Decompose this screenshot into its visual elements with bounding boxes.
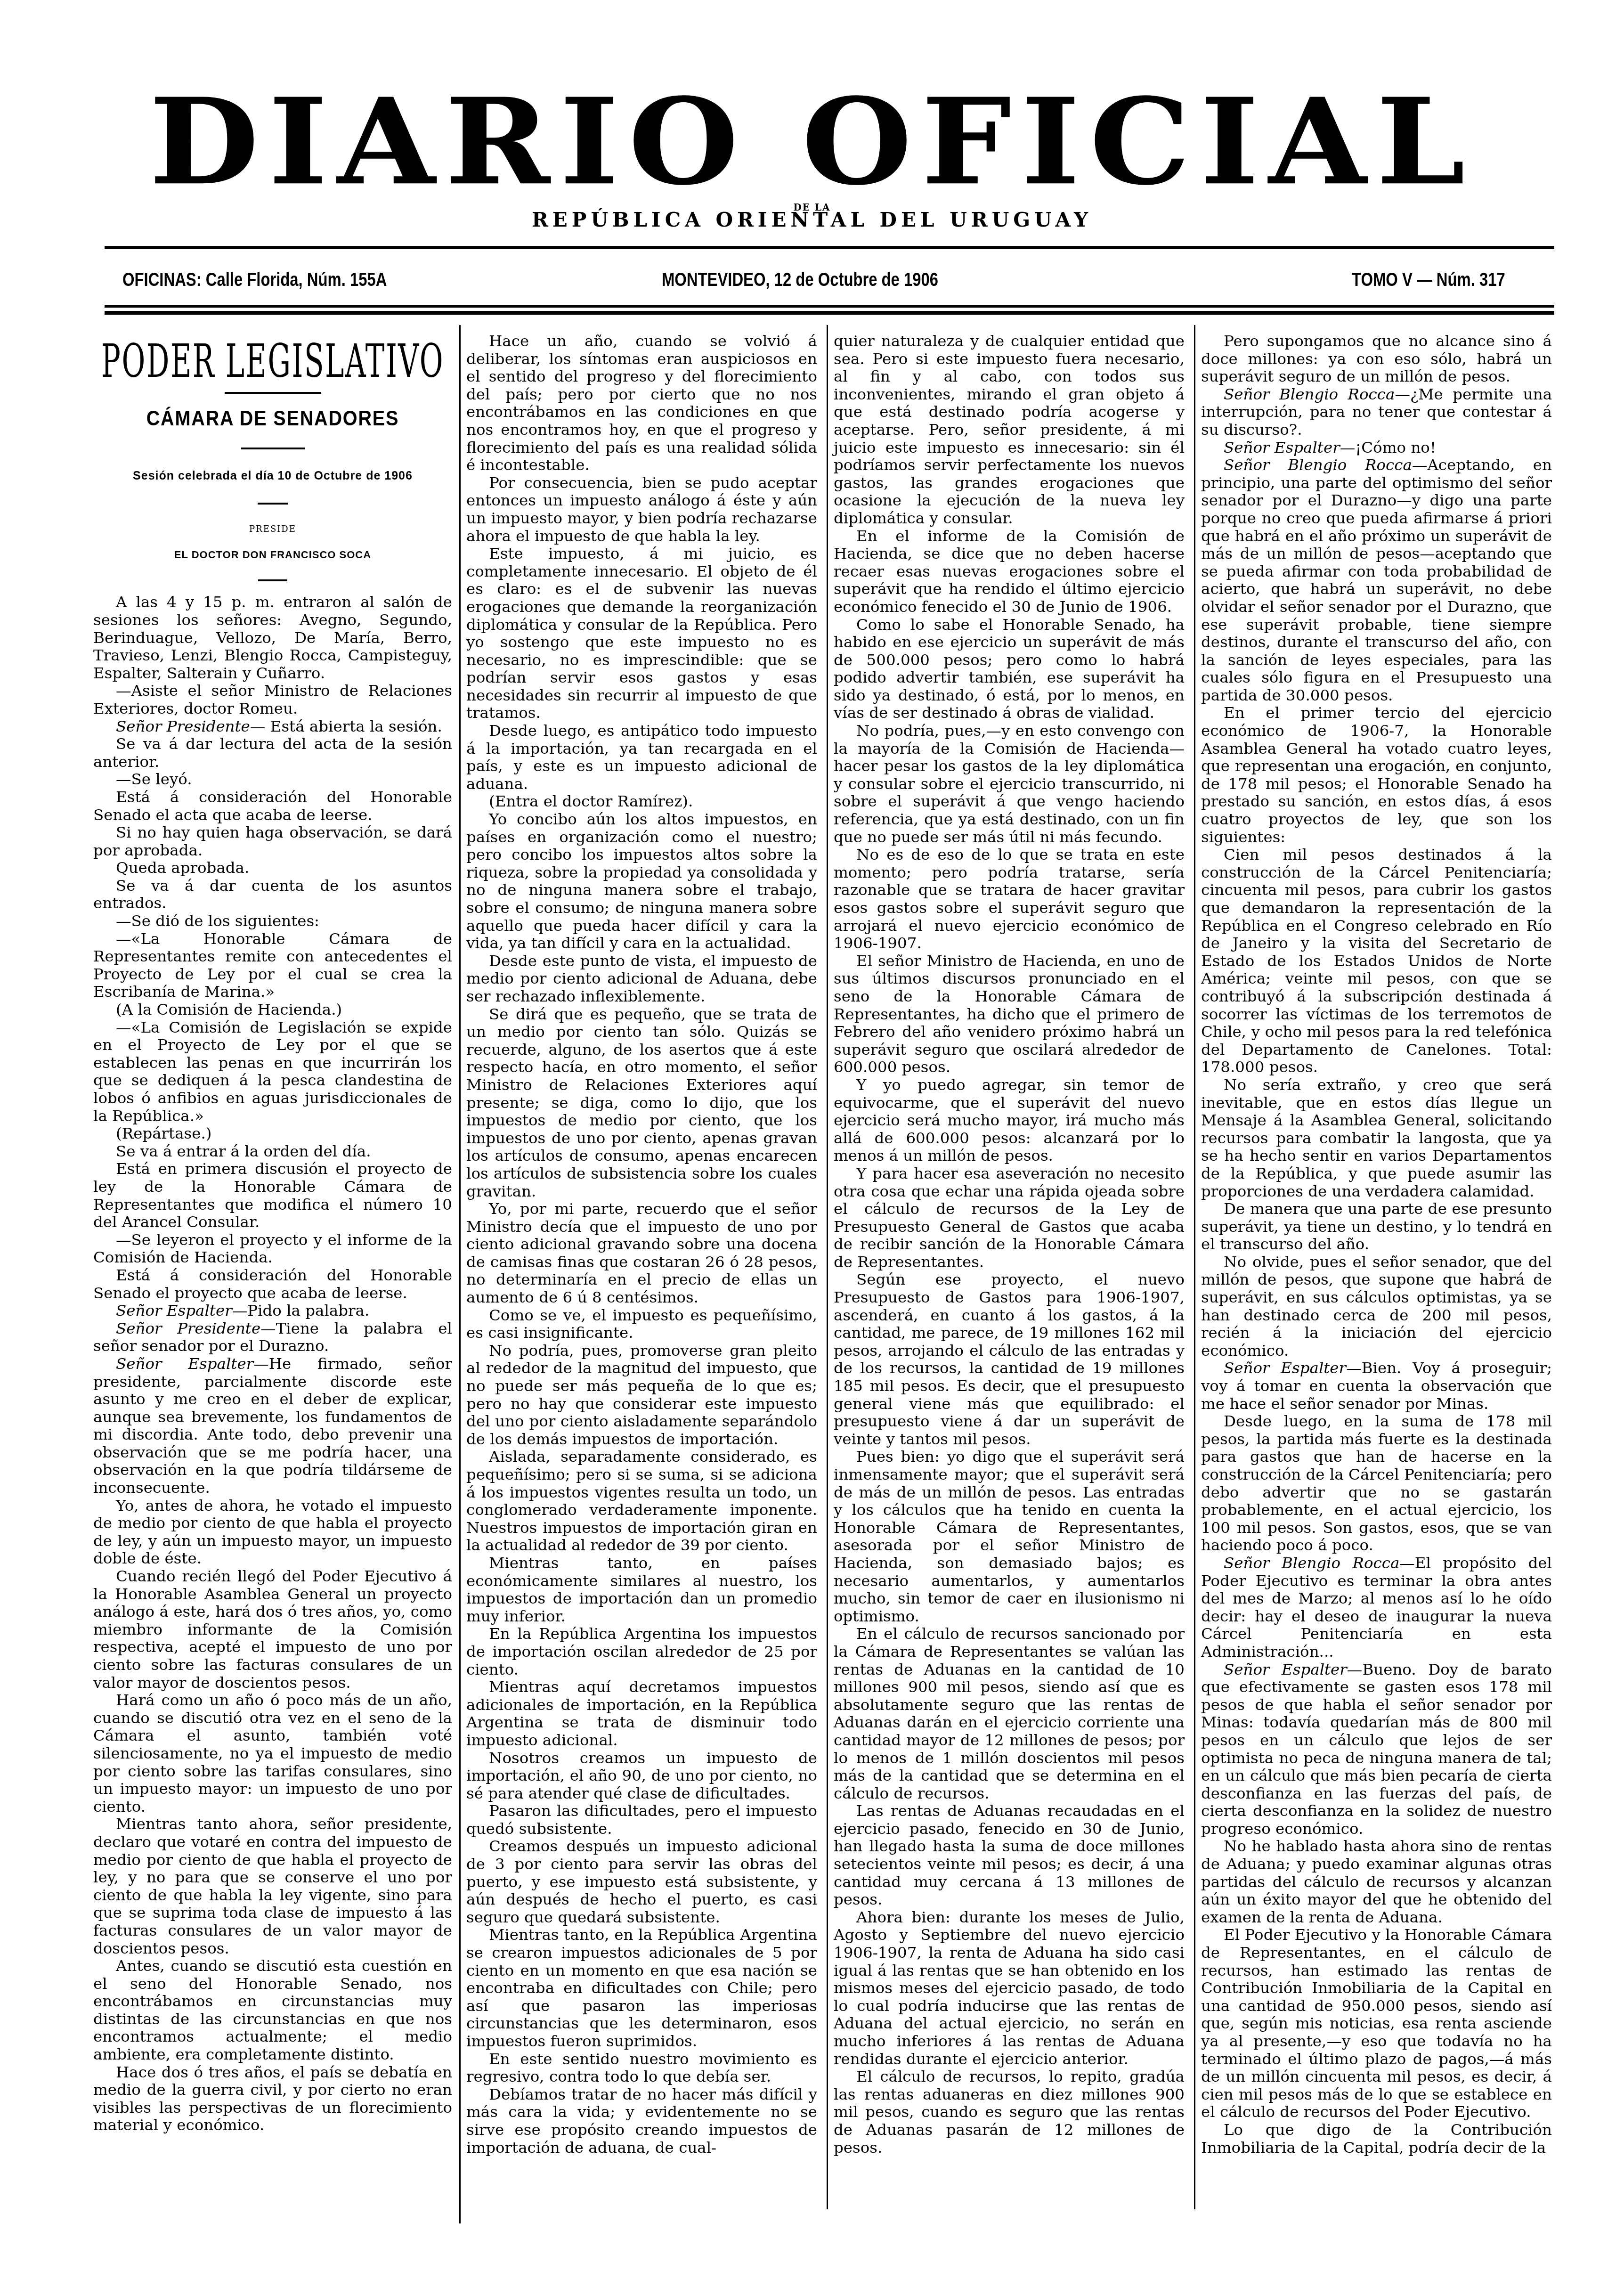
article-column-4: Pero supongamos que no alcance sino á do… [1201, 330, 1552, 2157]
speaker-name: Señor Blengio Rocca— [1224, 1554, 1415, 1572]
speaker-name: Señor Espalter— [1224, 439, 1355, 456]
paragraph: —Se leyó. [93, 771, 452, 789]
paragraph-text: Las rentas de Aduanas recaudadas en el e… [834, 1802, 1185, 1908]
paragraph: Pasaron las dificultades, pero el impues… [466, 1802, 817, 1838]
paragraph: Mientras tanto, en países económicamente… [466, 1555, 817, 1625]
paragraph: Desde luego, es antipático todo impuesto… [466, 722, 817, 793]
paragraph-text: No podría, pues, promoverse gran pleito … [466, 1342, 817, 1448]
paragraph: Señor Blengio Rocca—¿Me permite una inte… [1201, 386, 1552, 439]
paragraph: —Se leyeron el proyecto y el informe de … [93, 1231, 452, 1267]
paragraph: No es de eso de lo que se trata en este … [834, 846, 1185, 953]
masthead-double-rule-lower [105, 311, 1554, 315]
paragraph: Señor Blengio Rocca—Aceptando, en princi… [1201, 456, 1552, 704]
chamber-heading: CÁMARA DE SENADORES [111, 410, 434, 428]
paragraph: Está en primera discusión el proyecto de… [93, 1160, 452, 1231]
paragraph-text: Aislada, separadamente considerado, es p… [466, 1448, 817, 1554]
speaker-name: Señor Blengio Rocca— [1224, 385, 1410, 403]
paragraph: Ahora bien: durante los meses de Julio, … [834, 1909, 1185, 2068]
paragraph-text: Lo que digo de la Contribución Inmobilia… [1201, 2121, 1552, 2157]
paragraph-text: (Repártase.) [116, 1124, 211, 1142]
paragraph-text: Está en primera discusión el proyecto de… [93, 1160, 452, 1231]
newspaper-title: DIARIO OFICIAL [0, 82, 1624, 201]
paragraph: (A la Comisión de Hacienda.) [93, 1001, 452, 1019]
paragraph-text: Pido la palabra. [247, 1302, 369, 1319]
paragraph: Y para hacer esa aseveración no necesito… [834, 1165, 1185, 1271]
paragraph-text: Pues bien: yo digo que el superávit será… [834, 1448, 1185, 1625]
paragraph-text: —Asiste el señor Ministro de Relaciones … [93, 682, 452, 717]
paragraph-text: Queda aprobada. [116, 859, 249, 877]
paragraph-text: Cuando recién llegó del Poder Ejecutivo … [93, 1567, 452, 1692]
preside-label: PRESIDE [93, 521, 452, 538]
section-header: PODER LEGISLATIVO CÁMARA DE SENADORES Se… [93, 335, 452, 581]
paragraph-text: En este sentido nuestro movimiento es re… [466, 2050, 817, 2086]
article-column-2: Hace un año, cuando se volvió á delibera… [466, 330, 817, 2157]
paragraph: Desde este punto de vista, el impuesto d… [466, 953, 817, 1006]
divider [225, 392, 321, 394]
paragraph: No olvide, pues el señor senador, que de… [1201, 1254, 1552, 1360]
paragraph-text: Este impuesto, á mi juicio, es completam… [466, 545, 817, 722]
paragraph: Señor Espalter—Pido la palabra. [93, 1302, 452, 1320]
paragraph-list: Pero supongamos que no alcance sino á do… [1201, 333, 1552, 2157]
paragraph-text: Mientras tanto ahora, señor presidente, … [93, 1815, 452, 1957]
paragraph-text: En el primer tercio del ejercicio económ… [1201, 704, 1552, 846]
paragraph: En este sentido nuestro movimiento es re… [466, 2051, 817, 2086]
paragraph-text: En el informe de la Comisión de Hacienda… [834, 527, 1185, 616]
paragraph-text: No podría, pues,—y en esto convengo con … [834, 722, 1185, 846]
paragraph: El Poder Ejecutivo y la Honorable Cámara… [1201, 1926, 1552, 2121]
paragraph-text: Se va á entrar á la orden del día. [116, 1142, 371, 1160]
paragraph-text: Y yo puedo agregar, sin temor de equivoc… [834, 1076, 1185, 1164]
paragraph: Yo concibo aún los altos impuestos, en p… [466, 811, 817, 953]
paragraph-list: Hace un año, cuando se volvió á delibera… [466, 333, 817, 2157]
paragraph: —«La Honorable Cámara de Representantes … [93, 930, 452, 1001]
paragraph: Hará como un año ó poco más de un año, c… [93, 1692, 452, 1816]
paragraph: Hace dos ó tres años, el país se debatía… [93, 2064, 452, 2134]
paragraph: Si no hay quien haga observación, se dar… [93, 824, 452, 859]
paragraph-text: En el cálculo de recursos sancionado por… [834, 1625, 1185, 1802]
paragraph: Nosotros creamos un impuesto de importac… [466, 1750, 817, 1803]
paragraph-text: Antes, cuando se discutió esta cuestión … [93, 1957, 452, 2063]
divider [258, 579, 287, 581]
paragraph: Como lo sabe el Honorable Senado, ha hab… [834, 616, 1185, 723]
info-bar: OFICINAS: Calle Florida, Núm. 155A MONTE… [113, 269, 1545, 292]
paragraph: Yo, por mi parte, recuerdo que el señor … [466, 1200, 817, 1307]
paragraph-text: Desde luego, en la suma de 178 mil pesos… [1201, 1412, 1552, 1554]
paragraph: Creamos después un impuesto adicional de… [466, 1838, 817, 1926]
issue-number: TOMO V — Núm. 317 [1352, 269, 1505, 291]
paragraph: Yo, antes de ahora, he votado el impuest… [93, 1497, 452, 1568]
speaker-name: Señor Presidente— [116, 717, 265, 735]
paragraph: El señor Ministro de Hacienda, en uno de… [834, 953, 1185, 1076]
paragraph: Pero supongamos que no alcance sino á do… [1201, 333, 1552, 386]
paragraph: Por consecuencia, bien se pudo aceptar e… [466, 474, 817, 545]
article-column-3: quier naturaleza y de cualquier entidad … [834, 330, 1185, 2157]
paragraph-text: Como se ve, el impuesto es pequeñísimo, … [466, 1306, 817, 1342]
paragraph: Desde luego, en la suma de 178 mil pesos… [1201, 1413, 1552, 1555]
divider [241, 448, 305, 449]
offices-address: OFICINAS: Calle Florida, Núm. 155A [122, 269, 387, 291]
paragraph-text: Nosotros creamos un impuesto de importac… [466, 1749, 817, 1802]
paragraph: Como se ve, el impuesto es pequeñísimo, … [466, 1307, 817, 1342]
paragraph: Hace un año, cuando se volvió á delibera… [466, 333, 817, 474]
paragraph: En el cálculo de recursos sancionado por… [834, 1625, 1185, 1802]
paragraph: Señor Espalter—¡Cómo no! [1201, 439, 1552, 457]
column-separator [1194, 325, 1195, 2209]
speaker-name: Señor Blengio Rocca— [1224, 456, 1427, 474]
paragraph-text: No he hablado hasta ahora sino de rentas… [1201, 1837, 1552, 1926]
paragraph-text: Se va á dar lectura del acta de la sesió… [93, 735, 452, 771]
paragraph-text: Mientras aquí decretamos impuestos adici… [466, 1678, 817, 1749]
paragraph-text: No es de eso de lo que se trata en este … [834, 846, 1185, 952]
paragraph: Las rentas de Aduanas recaudadas en el e… [834, 1802, 1185, 1909]
paragraph: —«La Comisión de Legislación se expide e… [93, 1019, 452, 1125]
paragraph: Mientras aquí decretamos impuestos adici… [466, 1678, 817, 1749]
paragraph: Señor Presidente—Tiene la palabra el señ… [93, 1320, 452, 1355]
paragraph: Señor Espalter—He firmado, señor preside… [93, 1355, 452, 1497]
paragraph-text: Pasaron las dificultades, pero el impues… [466, 1802, 817, 1838]
paragraph: Pues bien: yo digo que el superávit será… [834, 1448, 1185, 1625]
paragraph-text: No sería extraño, y creo que será inevit… [1201, 1076, 1552, 1200]
president-name: EL DOCTOR DON FRANCISCO SOCA [93, 546, 452, 564]
paragraph-text: Se dirá que es pequeño, que se trata de … [466, 1005, 817, 1200]
paragraph: Señor Espalter—Bien. Voy á proseguir; vo… [1201, 1360, 1552, 1413]
paragraph-text: Ahora bien: durante los meses de Julio, … [834, 1908, 1185, 2068]
speaker-name: Señor Presidente— [116, 1319, 276, 1337]
paragraph: (Entra el doctor Ramírez). [466, 793, 817, 811]
paragraph-text: Hará como un año ó poco más de un año, c… [93, 1691, 452, 1816]
paragraph-list: A las 4 y 15 p. m. entraron al salón de … [93, 594, 452, 2134]
paragraph-text: —«La Comisión de Legislación se expide e… [93, 1018, 452, 1125]
paragraph: Se va á entrar á la orden del día. [93, 1143, 452, 1161]
speaker-name: Señor Espalter— [116, 1355, 269, 1373]
paragraph-text: Mientras tanto, en la República Argentin… [466, 1926, 817, 2050]
paragraph-text: A las 4 y 15 p. m. entraron al salón de … [93, 593, 452, 682]
paragraph-text: Pero supongamos que no alcance sino á do… [1201, 332, 1552, 385]
paragraph-text: Hace un año, cuando se volvió á delibera… [466, 332, 817, 474]
paragraph-text: —Se leyó. [116, 770, 192, 788]
paragraph-text: Por consecuencia, bien se pudo aceptar e… [466, 474, 817, 545]
paragraph: Queda aprobada. [93, 859, 452, 877]
column-separator [827, 325, 828, 2209]
paragraph-text: Mientras tanto, en países económicamente… [466, 1554, 817, 1625]
paragraph-text: Está á consideración del Honorable Senad… [93, 788, 452, 824]
paragraph-list: quier naturaleza y de cualquier entidad … [834, 333, 1185, 2157]
paragraph: Está á consideración del Honorable Senad… [93, 789, 452, 824]
column-separator [459, 325, 461, 2223]
section-heading: PODER LEGISLATIVO [94, 335, 451, 387]
paragraph: En el primer tercio del ejercicio económ… [1201, 704, 1552, 846]
paragraph-text: Está á consideración del Honorable Senad… [93, 1266, 452, 1302]
paragraph-text: En la República Argentina los impuestos … [466, 1625, 817, 1678]
paragraph: No podría, pues,—y en esto convengo con … [834, 722, 1185, 846]
paragraph: Mientras tanto ahora, señor presidente, … [93, 1816, 452, 1957]
paragraph-text: Debíamos tratar de no hacer más difícil … [466, 2085, 817, 2157]
paragraph: Está á consideración del Honorable Senad… [93, 1267, 452, 1302]
paragraph-text: Como lo sabe el Honorable Senado, ha hab… [834, 616, 1185, 722]
paragraph: —Asiste el señor Ministro de Relaciones … [93, 682, 452, 717]
paragraph-text: (A la Comisión de Hacienda.) [116, 1001, 342, 1018]
paragraph: No sería extraño, y creo que será inevit… [1201, 1076, 1552, 1200]
paragraph: Se va á dar cuenta de los asuntos entrad… [93, 877, 452, 912]
paragraph-text: De manera que una parte de ese presunto … [1201, 1200, 1552, 1253]
paragraph-text: El señor Ministro de Hacienda, en uno de… [834, 952, 1185, 1076]
paragraph-text: ¡Cómo no! [1355, 439, 1436, 456]
paragraph: Antes, cuando se discutió esta cuestión … [93, 1957, 452, 2064]
paragraph: Lo que digo de la Contribución Inmobilia… [1201, 2121, 1552, 2157]
paragraph: De manera que una parte de ese presunto … [1201, 1200, 1552, 1254]
paragraph-text: Hace dos ó tres años, el país se debatía… [93, 2063, 452, 2134]
paragraph-text: Yo concibo aún los altos impuestos, en p… [466, 810, 817, 952]
session-line: Sesión celebrada el día 10 de Octubre de… [93, 467, 452, 485]
paragraph: Se va á dar lectura del acta de la sesió… [93, 735, 452, 771]
paragraph-text: Según ese proyecto, el nuevo Presupuesto… [834, 1270, 1185, 1448]
paragraph-text: quier naturaleza y de cualquier entidad … [834, 332, 1185, 527]
masthead-double-rule-upper [105, 305, 1554, 308]
paragraph-text: Yo, antes de ahora, he votado el impuest… [93, 1497, 452, 1568]
masthead-subtitle: REPÚBLICA ORIENTAL DEL URUGUAY [0, 208, 1624, 231]
paragraph-text: Desde luego, es antipático todo impuesto… [466, 722, 817, 793]
paragraph-text: Yo, por mi parte, recuerdo que el señor … [466, 1200, 817, 1306]
paragraph-text: Bueno. Doy de barato que efectivamente s… [1201, 1661, 1552, 1838]
speaker-name: Señor Espalter— [1224, 1661, 1362, 1678]
paragraph-text: Creamos después un impuesto adicional de… [466, 1837, 817, 1926]
paragraph: Cuando recién llegó del Poder Ejecutivo … [93, 1568, 452, 1692]
paragraph: Este impuesto, á mi juicio, es completam… [466, 545, 817, 722]
paragraph: No podría, pues, promoverse gran pleito … [466, 1342, 817, 1449]
paragraph-text: El cálculo de recursos, lo repito, gradú… [834, 2068, 1185, 2156]
paragraph: A las 4 y 15 p. m. entraron al salón de … [93, 594, 452, 682]
speaker-name: Señor Espalter— [116, 1302, 247, 1319]
paragraph: Señor Blengio Rocca—El propósito del Pod… [1201, 1555, 1552, 1661]
paragraph: Cien mil pesos destinados á la construcc… [1201, 846, 1552, 1076]
paragraph-text: —Se leyeron el proyecto y el informe de … [93, 1231, 452, 1267]
paragraph-text: —Se dió de los siguientes: [116, 912, 319, 930]
paragraph: (Repártase.) [93, 1125, 452, 1143]
paragraph-text: Y para hacer esa aseveración no necesito… [834, 1164, 1185, 1271]
paragraph: En el informe de la Comisión de Hacienda… [834, 528, 1185, 616]
paragraph-text: (Entra el doctor Ramírez). [489, 792, 693, 810]
paragraph: En la República Argentina los impuestos … [466, 1625, 817, 1678]
paragraph-text: —«La Honorable Cámara de Representantes … [93, 930, 452, 1001]
paragraph: El cálculo de recursos, lo repito, gradú… [834, 2068, 1185, 2157]
article-column-1: PODER LEGISLATIVO CÁMARA DE SENADORES Se… [93, 330, 452, 2134]
paragraph-text: Si no hay quien haga observación, se dar… [93, 823, 452, 859]
paragraph-text: Desde este punto de vista, el impuesto d… [466, 952, 817, 1005]
masthead-top-rule [105, 246, 1554, 249]
paragraph-text: No olvide, pues el señor senador, que de… [1201, 1253, 1552, 1360]
paragraph-text: Se va á dar cuenta de los asuntos entrad… [93, 877, 452, 912]
paragraph: Mientras tanto, en la República Argentin… [466, 1926, 817, 2050]
paragraph-text: Aceptando, en principio, una parte del o… [1201, 456, 1552, 704]
divider [258, 503, 288, 505]
paragraph: Señor Espalter—Bueno. Doy de barato que … [1201, 1661, 1552, 1838]
paragraph: No he hablado hasta ahora sino de rentas… [1201, 1838, 1552, 1926]
dateline: MONTEVIDEO, 12 de Octubre de 1906 [662, 269, 938, 291]
speaker-name: Señor Espalter— [1224, 1359, 1362, 1377]
paragraph: Y yo puedo agregar, sin temor de equivoc… [834, 1076, 1185, 1165]
paragraph-text: He firmado, señor presidente, parcialmen… [93, 1355, 452, 1497]
paragraph: Según ese proyecto, el nuevo Presupuesto… [834, 1271, 1185, 1448]
paragraph-text: Cien mil pesos destinados á la construcc… [1201, 846, 1552, 1076]
paragraph: —Se dió de los siguientes: [93, 912, 452, 930]
paragraph: Se dirá que es pequeño, que se trata de … [466, 1006, 817, 1201]
paragraph-text: El Poder Ejecutivo y la Honorable Cámara… [1201, 1926, 1552, 2121]
paragraph: Debíamos tratar de no hacer más difícil … [466, 2086, 817, 2157]
paragraph: Señor Presidente— Está abierta la sesión… [93, 718, 452, 736]
paragraph: quier naturaleza y de cualquier entidad … [834, 333, 1185, 528]
paragraph-text: Está abierta la sesión. [265, 717, 442, 735]
paragraph: Aislada, separadamente considerado, es p… [466, 1448, 817, 1555]
